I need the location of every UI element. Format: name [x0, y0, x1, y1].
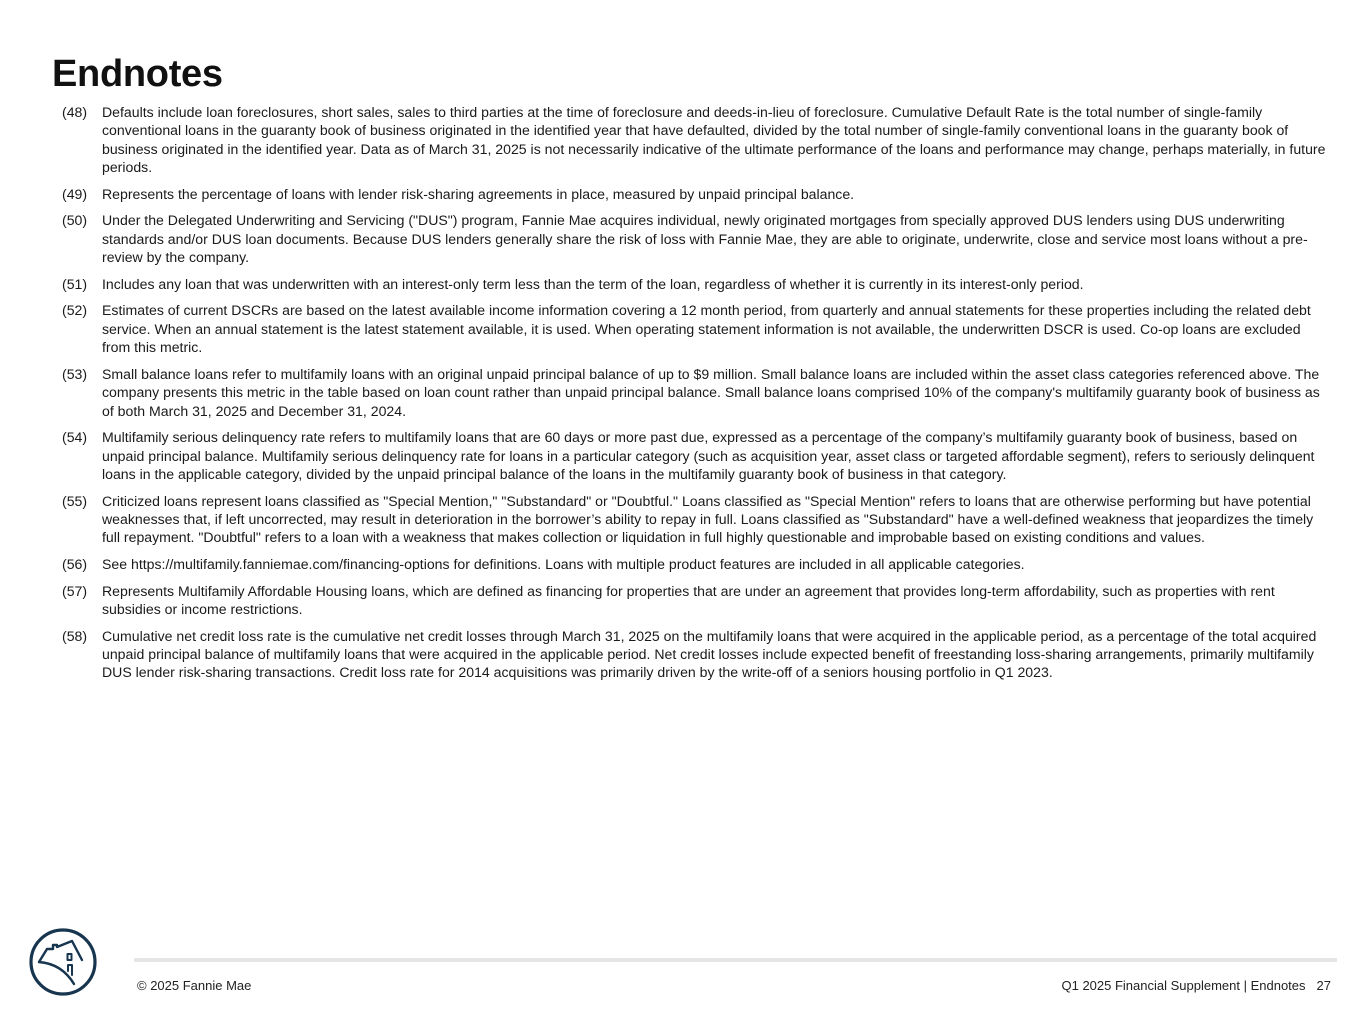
footer-document-label: Q1 2025 Financial Supplement | Endnotes [1061, 978, 1305, 993]
endnote-text: Under the Delegated Underwriting and Ser… [102, 211, 1332, 266]
endnote-text: Represents the percentage of loans with … [102, 185, 1332, 203]
endnote-number: (52) [57, 301, 102, 319]
endnote-text: Estimates of current DSCRs are based on … [102, 301, 1332, 356]
endnote-52: (52) Estimates of current DSCRs are base… [57, 301, 1332, 356]
endnote-50: (50) Under the Delegated Underwriting an… [57, 211, 1332, 266]
endnote-58: (58) Cumulative net credit loss rate is … [57, 627, 1332, 682]
endnote-text: Small balance loans refer to multifamily… [102, 365, 1332, 420]
endnote-number: (58) [57, 627, 102, 645]
endnote-54: (54) Multifamily serious delinquency rat… [57, 428, 1332, 483]
endnote-56: (56) See https://multifamily.fanniemae.c… [57, 555, 1332, 573]
endnote-number: (56) [57, 555, 102, 573]
endnote-text: Criticized loans represent loans classif… [102, 492, 1332, 547]
endnote-number: (48) [57, 103, 102, 121]
page-number: 27 [1317, 978, 1331, 993]
endnote-text: Defaults include loan foreclosures, shor… [102, 103, 1332, 177]
endnote-55: (55) Criticized loans represent loans cl… [57, 492, 1332, 547]
endnote-text: See https://multifamily.fanniemae.com/fi… [102, 555, 1332, 573]
endnote-51: (51) Includes any loan that was underwri… [57, 275, 1332, 293]
endnote-57: (57) Represents Multifamily Affordable H… [57, 582, 1332, 619]
endnote-number: (51) [57, 275, 102, 293]
footer-divider [134, 958, 1337, 962]
endnote-text: Represents Multifamily Affordable Housin… [102, 582, 1332, 619]
endnote-number: (54) [57, 428, 102, 446]
endnote-text: Multifamily serious delinquency rate ref… [102, 428, 1332, 483]
page-title: Endnotes [52, 50, 223, 98]
endnote-text: Includes any loan that was underwritten … [102, 275, 1332, 293]
endnote-number: (53) [57, 365, 102, 383]
endnote-48: (48) Defaults include loan foreclosures,… [57, 103, 1332, 177]
endnotes-list: (48) Defaults include loan foreclosures,… [57, 103, 1332, 690]
endnote-49: (49) Represents the percentage of loans … [57, 185, 1332, 203]
footer-document-info: Q1 2025 Financial Supplement | Endnotes2… [1061, 978, 1331, 994]
endnote-number: (55) [57, 492, 102, 510]
endnote-number: (50) [57, 211, 102, 229]
endnote-53: (53) Small balance loans refer to multif… [57, 365, 1332, 420]
endnote-text: Cumulative net credit loss rate is the c… [102, 627, 1332, 682]
fannie-mae-logo-icon [28, 927, 98, 997]
endnote-number: (49) [57, 185, 102, 203]
footer-copyright: © 2025 Fannie Mae [137, 978, 251, 994]
endnote-number: (57) [57, 582, 102, 600]
